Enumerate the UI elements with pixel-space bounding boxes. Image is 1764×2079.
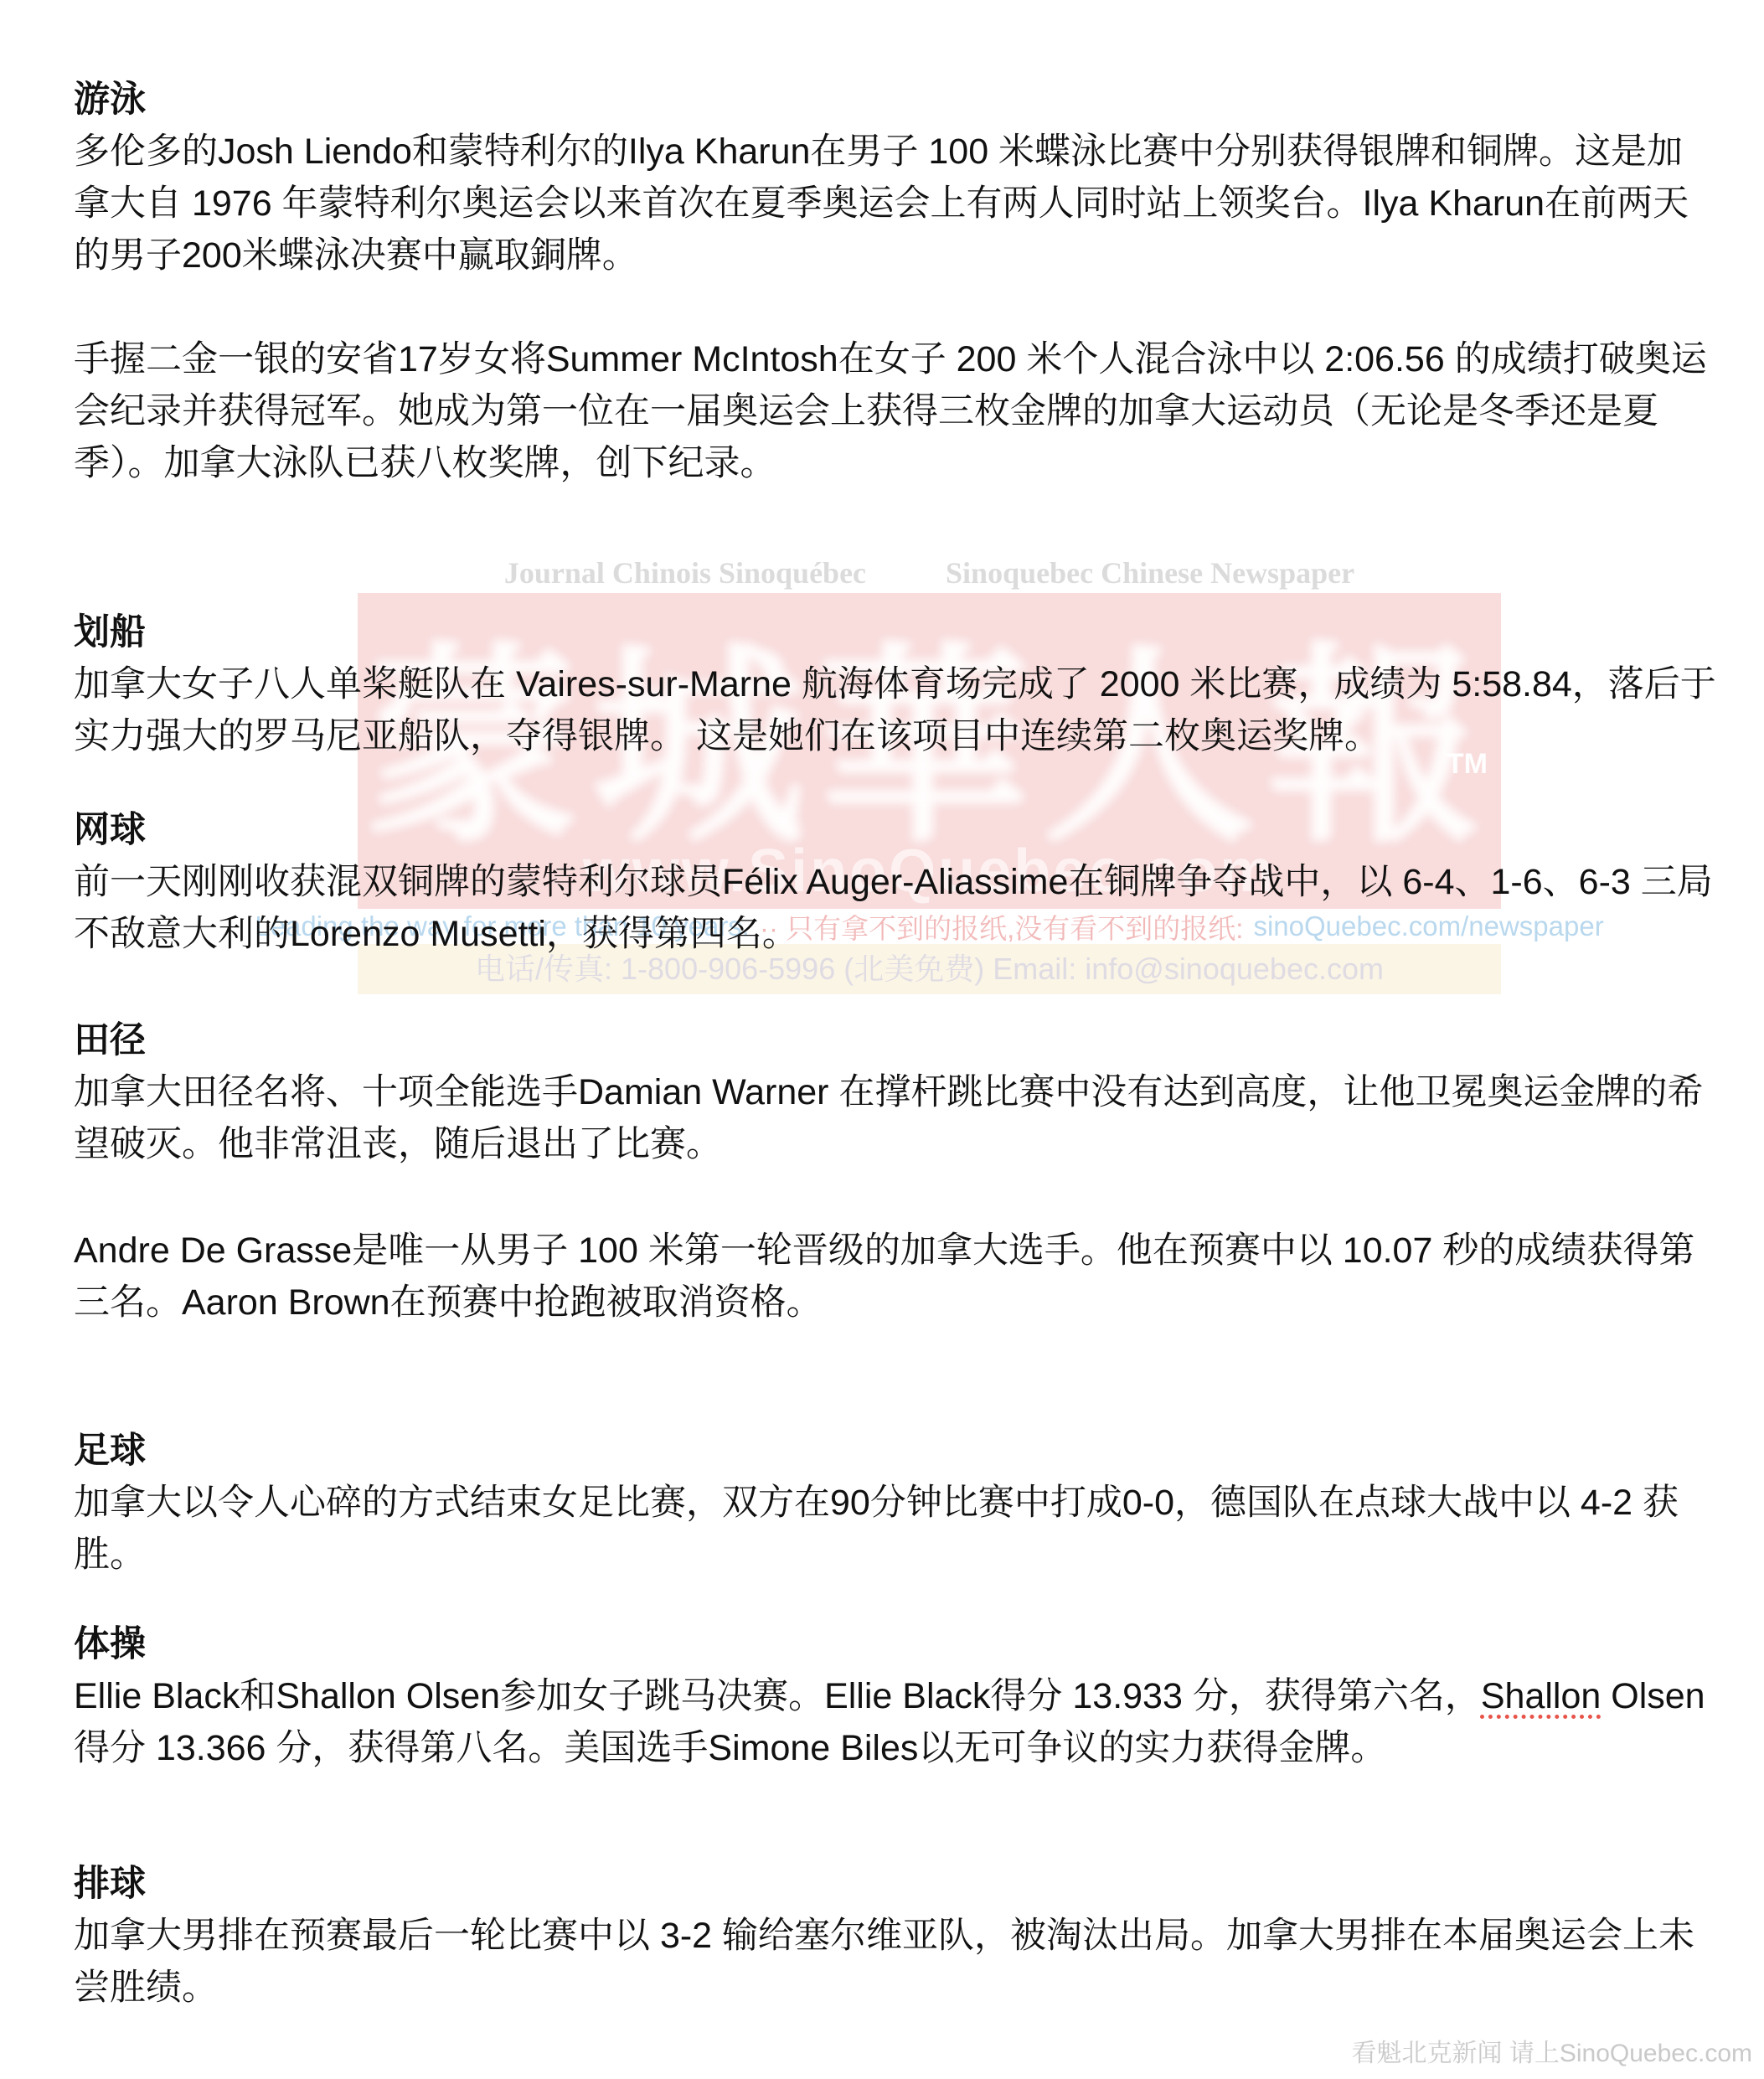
section-heading-swimming: 游泳 bbox=[74, 74, 1717, 126]
athletics-paragraph-2: Andre De Grasse是唯一从男子 100 米第一轮晋级的加拿大选手。他… bbox=[74, 1225, 1717, 1328]
tennis-paragraph: 前一天刚刚收获混双铜牌的蒙特利尔球员Félix Auger-Aliassime在… bbox=[74, 856, 1717, 960]
section-heading-athletics: 田径 bbox=[74, 1014, 1717, 1066]
section-heading-rowing: 划船 bbox=[74, 606, 1717, 658]
rowing-paragraph: 加拿大女子八人单桨艇队在 Vaires-sur-Marne 航海体育场完成了 2… bbox=[74, 658, 1717, 762]
page-footer-watermark: 看魁北克新闻 请上SinoQuebec.com bbox=[1352, 2032, 1752, 2069]
section-heading-soccer: 足球 bbox=[74, 1425, 1717, 1477]
volleyball-paragraph: 加拿大男排在预赛最后一轮比赛中以 3-2 输给塞尔维亚队，被淘汰出局。加拿大男排… bbox=[74, 1910, 1717, 2014]
athletics-paragraph-1: 加拿大田径名将、十项全能选手Damian Warner 在撑杆跳比赛中没有达到高… bbox=[74, 1066, 1717, 1170]
swimming-paragraph-2: 手握二金一银的安省17岁女将Summer McIntosh在女子 200 米个人… bbox=[74, 333, 1717, 489]
soccer-paragraph: 加拿大以令人心碎的方式结束女足比赛，双方在90分钟比赛中打成0-0，德国队在点球… bbox=[74, 1477, 1717, 1581]
gymnastics-paragraph: Ellie Black和Shallon Olsen参加女子跳马决赛。Ellie … bbox=[74, 1670, 1717, 1774]
section-heading-gymnastics: 体操 bbox=[74, 1618, 1717, 1670]
swimming-paragraph-1: 多伦多的Josh Liendo和蒙特利尔的Ilya Kharun在男子 100 … bbox=[74, 126, 1717, 281]
gymnastics-text-before: Ellie Black和Shallon Olsen参加女子跳马决赛。Ellie … bbox=[74, 1676, 1481, 1716]
article-body: 游泳 多伦多的Josh Liendo和蒙特利尔的Ilya Kharun在男子 1… bbox=[0, 0, 1764, 2014]
section-heading-volleyball: 排球 bbox=[74, 1858, 1717, 1910]
section-heading-tennis: 网球 bbox=[74, 804, 1717, 856]
spellcheck-underlined-word: Shallon bbox=[1481, 1676, 1601, 1716]
